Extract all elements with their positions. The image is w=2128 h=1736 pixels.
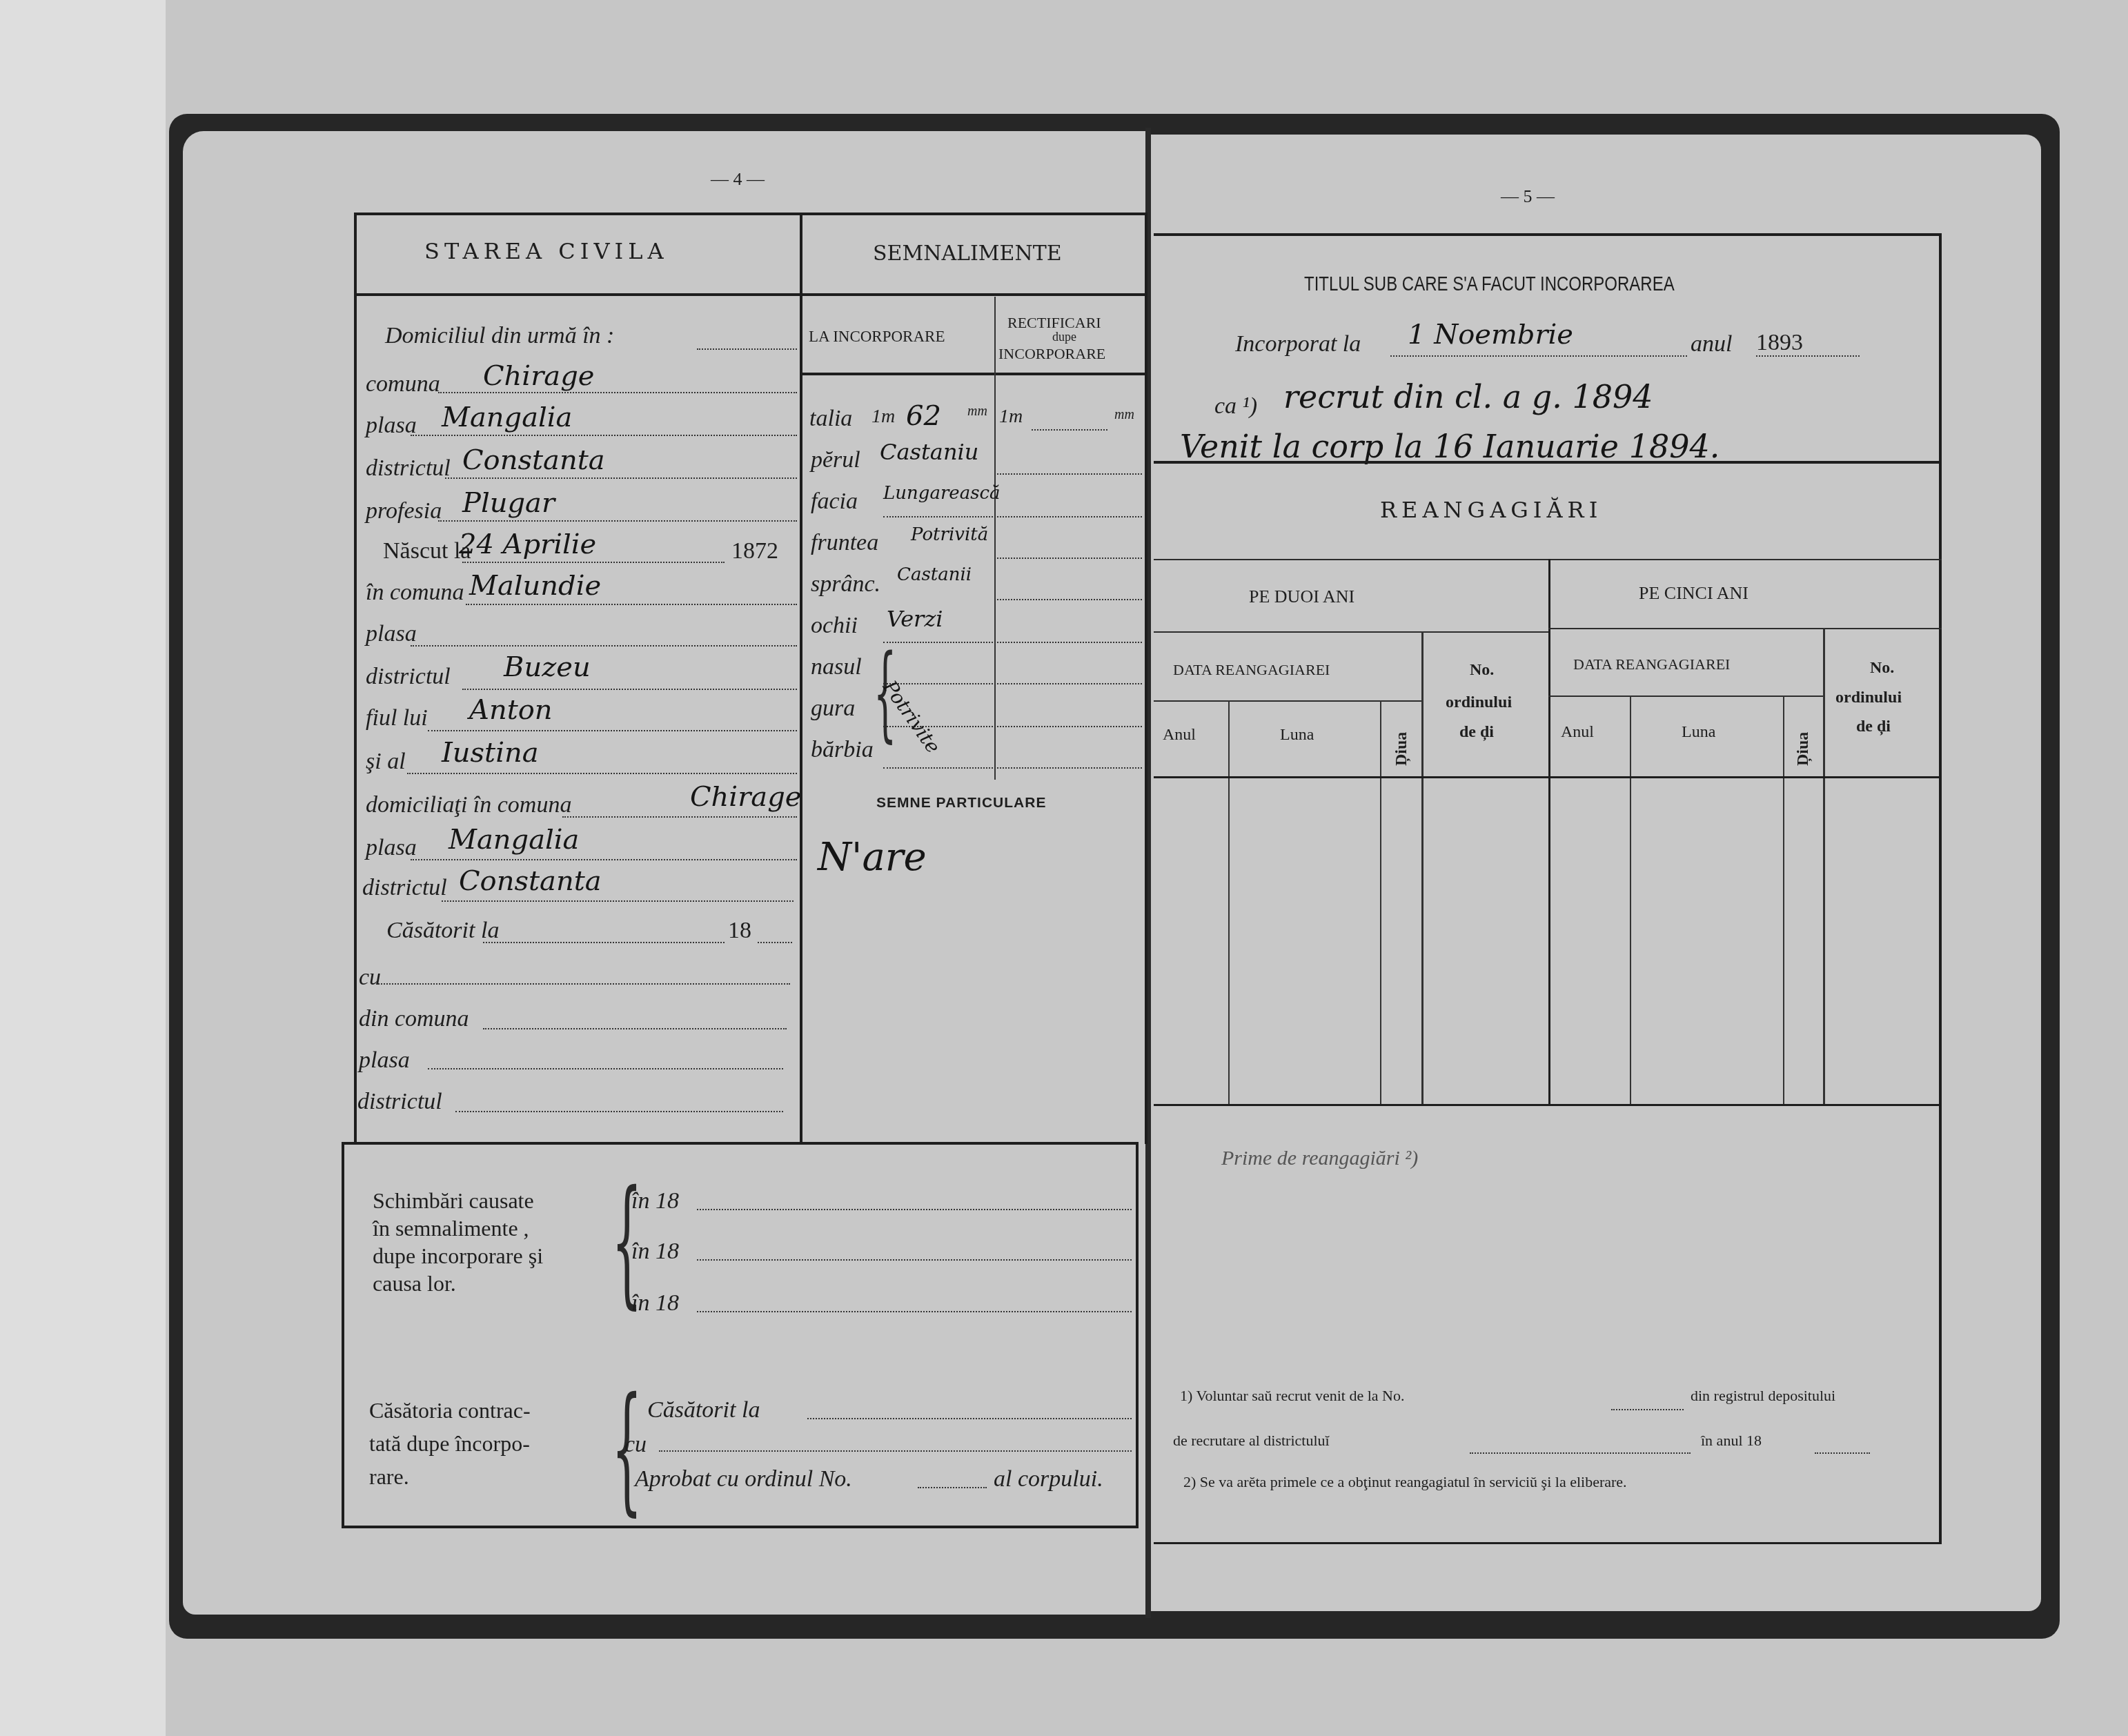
incorporated-date: 1 Noembrie [1408,319,1573,351]
group-two-years-title: PE DUOI ANI [1249,586,1354,607]
incorporation-title: TITLUL SUB CARE S'A FACUT INCORPORAREA [1304,273,1675,296]
semnalimente-title: SEMNALIMENTE [873,241,1062,266]
order-header-ordinului: ordinului [1446,693,1512,712]
feature-label-fruntea: fruntea [811,530,878,556]
semne-particulare-title: SEMNE PARTICULARE [876,795,1046,811]
marriage-label-plasa: plasa [359,1047,410,1074]
talia-value: 62 [906,400,941,432]
change-row-1: în 18 [631,1188,679,1214]
incorporated-as-label: ca ¹) [1214,393,1257,420]
birth-label-father: fiul lui [366,705,428,731]
arrival-value: Venit la corp la 16 Ianuarie 1894. [1180,428,1720,465]
incorporated-as-value: recrut din cl. a g. 1894 [1283,378,1653,415]
feature-label-gura: gura [811,696,855,722]
starea-civila-title: STAREA CIVILA [424,238,669,264]
feature-value-sprancene: Castanii [897,564,972,585]
col-ziua: Ḑiua [1794,732,1813,766]
field-label-districtul: districtul [366,455,451,482]
prime-label: Prime de reangagiări ²) [1221,1147,1418,1170]
footnote-1c: de recrutare al districtuluĭ [1173,1432,1330,1450]
feature-label-perul: pĕrul [811,447,860,473]
marriage-after-married-label: Căsătorit la [647,1397,760,1423]
talia-label: talia [809,406,852,432]
field-value-plasa: Mangalia [442,402,572,433]
feature-value-fruntea: Potrivită [911,524,988,545]
feature-value-facia: Lungarească [883,483,1001,504]
scan-margin [0,0,166,1736]
feature-value-ochii: Verzi [887,606,943,632]
birth-value-father: Anton [469,694,553,726]
born-label: Născut la [383,538,471,564]
field-label-profesia: profesia [366,498,442,524]
feature-label-barbia: bărbia [811,737,874,763]
marriage-after-approved-label: Aprobat cu ordinul No. [635,1466,852,1492]
feature-label-nasul: nasul [811,654,862,680]
group-two-years-date-header: DATA REANGAGIAREI [1173,661,1330,679]
change-row-2: în 18 [631,1239,679,1265]
feature-label-sprancene: sprânc. [811,571,880,598]
group-five-years-date-header: DATA REANGAGIAREI [1573,655,1730,673]
incorporated-year: 1893 [1756,330,1803,356]
marriage-after-corps-label: al corpului. [994,1466,1103,1492]
married-label: Căsătorit la [386,918,499,944]
field-value-districtul: Constanta [462,444,605,476]
order-header-de-zi: de ḑi [1459,723,1494,742]
group-five-years-title: PE CINCI ANI [1639,583,1748,604]
page-number-left: — 4 — [711,169,765,190]
footnote-1b: din registrul depositului [1691,1387,1835,1405]
feature-label-ochii: ochii [811,613,858,639]
col-rectificari-2: dupe [1052,330,1076,344]
col-ziua: Ḑiua [1392,732,1411,766]
marriage-label-districtul: districtul [357,1089,442,1115]
incorporated-year-label: anul [1691,331,1732,357]
marriage-label-comuna: din comuna [359,1006,469,1032]
birth-value-mother: Iustina [442,737,539,769]
order-header-de-zi: de ḑi [1856,718,1891,736]
col-la-incorporare: LA INCORPORARE [809,328,945,346]
birth-label-parents-comuna: domiciliaţi în comuna [366,792,571,818]
rect-unit-m: 1m [999,406,1023,428]
marriage-after-label: Căsătoria contrac- tată dupe încorpo- ra… [369,1394,531,1493]
feature-value-perul: Castaniu [880,439,978,465]
marriage-after-with-label: cu [624,1432,647,1458]
field-value-profesia: Plugar [462,487,555,519]
domicile-heading: Domiciliul din urmă în : [385,323,614,349]
col-luna: Luna [1280,726,1314,744]
talia-unit-m: 1m [871,406,895,428]
col-anul: Anul [1163,726,1196,744]
birth-label-comuna: în comuna [366,580,464,606]
born-date: 24 Aprilie [459,529,596,560]
birth-label-districtul: districtul [366,664,451,690]
col-luna: Luna [1682,723,1715,742]
footnote-1d: în anul 18 [1701,1432,1762,1450]
feature-label-facia: facia [811,489,858,515]
field-value-comuna: Chirage [483,360,594,392]
born-year: 1872 [731,538,778,564]
birth-value-comuna: Malundie [469,570,601,602]
birth-label-mother: şi al [366,749,406,775]
col-rectificari-3: INCORPORARE [998,345,1105,363]
birth-label-plasa: plasa [366,621,417,647]
changes-label: Schimbări causate în semnalimente , dupe… [373,1187,543,1297]
incorporated-label: Incorporat la [1235,331,1361,357]
footnote-2: 2) Se va arĕta primele ce a obţinut rean… [1183,1473,1627,1491]
rect-unit-mm: mm [1114,407,1134,423]
birth-value-parents-comuna: Chirage [690,781,801,813]
birth-value-districtul: Buzeu [504,651,591,683]
birth-label-parents-plasa: plasa [366,835,417,861]
col-anul: Anul [1561,723,1594,742]
order-header-ordinului: ordinului [1835,689,1902,707]
order-header-no: No. [1470,661,1494,680]
page-number-right: — 5 — [1501,186,1555,207]
birth-value-parents-plasa: Mangalia [449,824,579,856]
birth-value-parents-districtul: Constanta [459,865,602,897]
talia-unit-mm: mm [967,404,987,420]
footnote-1a: 1) Voluntar saŭ recrut venit de la No. [1180,1387,1404,1405]
reangagiari-title: REANGAGIĂRI [1380,497,1602,523]
change-row-3: în 18 [631,1290,679,1316]
field-label-comuna: comuna [366,371,440,397]
field-label-plasa: plasa [366,413,417,439]
married-year-prefix: 18 [728,918,751,944]
birth-label-parents-districtul: districtul [362,875,447,901]
marriage-label-cu: cu [359,965,381,991]
order-header-no: No. [1870,659,1894,678]
semne-particulare-value: N'are [818,835,927,880]
